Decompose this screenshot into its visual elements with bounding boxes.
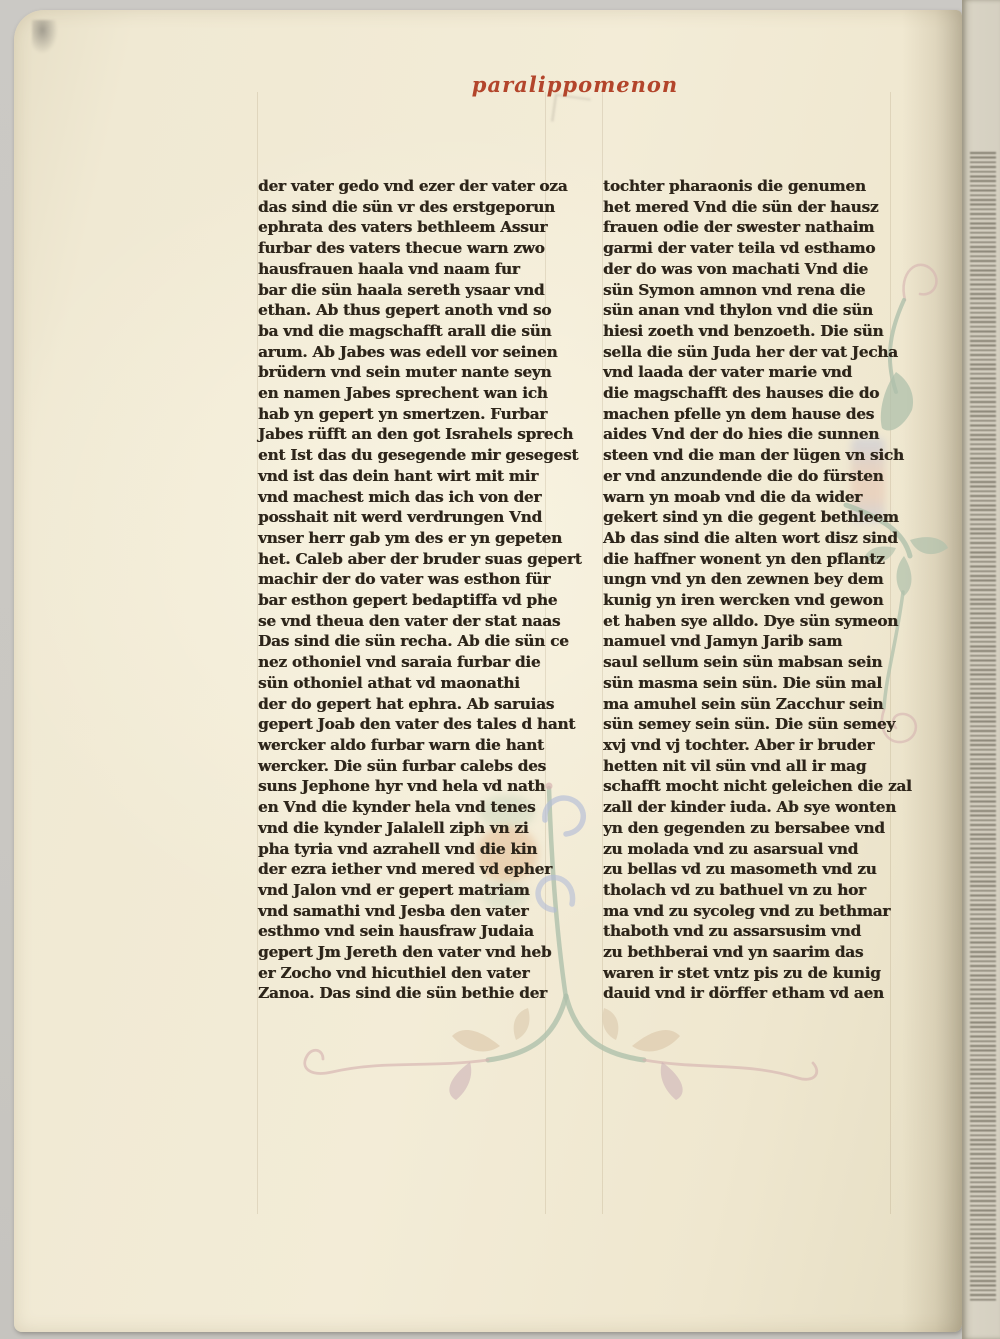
text-line: wercker. Die sün furbar calebs des: [258, 756, 554, 777]
text-line: der do gepert hat ephra. Ab saruias: [258, 694, 554, 715]
text-line: het mered Vnd die sün der hausz: [603, 197, 899, 218]
text-line: ma vnd zu sycoleg vnd zu bethmar: [603, 901, 899, 922]
text-line: frauen odie der swester nathaim: [603, 217, 899, 238]
text-line: furbar des vaters thecue warn zwo: [258, 238, 554, 259]
text-line: sella die sün Juda her der vat Jecha: [603, 342, 899, 363]
text-line: gekert sind yn die gegent bethleem: [603, 507, 899, 528]
text-line: machen pfelle yn dem hause des: [603, 404, 899, 425]
text-line: namuel vnd Jamyn Jarib sam: [603, 631, 899, 652]
text-line: vnd laada der vater marie vnd: [603, 362, 899, 383]
text-line: der vater gedo vnd ezer der vater oza: [258, 176, 554, 197]
text-line: bar esthon gepert bedaptiffa vd phe: [258, 590, 554, 611]
text-line: en Vnd die kynder hela vnd tenes: [258, 797, 554, 818]
text-line: Ab das sind die alten wort disz sind: [603, 528, 899, 549]
text-line: ethan. Ab thus gepert anoth vnd so: [258, 300, 554, 321]
text-line: sün Symon amnon vnd rena die: [603, 280, 899, 301]
text-line: die magschafft des hauses die do: [603, 383, 899, 404]
text-line: gepert Joab den vater des tales d hant: [258, 714, 554, 735]
text-line: wercker aldo furbar warn die hant: [258, 735, 554, 756]
text-line: schafft mocht nicht geleichen die zal: [603, 776, 899, 797]
text-line: kunig yn iren wercken vnd gewon: [603, 590, 899, 611]
text-line: en namen Jabes sprechent wan ich: [258, 383, 554, 404]
text-line: vnd machest mich das ich von der: [258, 487, 554, 508]
text-line: zu bethberai vnd yn saarim das: [603, 942, 899, 963]
text-line: sün othoniel athat vd maonathi: [258, 673, 554, 694]
manuscript-photo: { "document": { "kind": "illuminated man…: [0, 0, 1000, 1339]
text-line: saul sellum sein sün mabsan sein: [603, 652, 899, 673]
text-line: vnd samathi vnd Jesba den vater: [258, 901, 554, 922]
text-line: das sind die sün vr des erstgeporun: [258, 197, 554, 218]
text-line: ent Ist das du gesegende mir gesegest: [258, 445, 554, 466]
text-line: steen vnd die man der lügen vn sich: [603, 445, 899, 466]
text-line: zu molada vnd zu asarsual vnd: [603, 839, 899, 860]
text-column-left: der vater gedo vnd ezer der vater ozadas…: [258, 176, 554, 1004]
text-line: machir der do vater was esthon für: [258, 569, 554, 590]
text-line: er vnd anzundende die do fürsten: [603, 466, 899, 487]
text-line: se vnd theua den vater der stat naas: [258, 611, 554, 632]
text-line: bar die sün haala sereth ysaar vnd: [258, 280, 554, 301]
text-line: der do was von machati Vnd die: [603, 259, 899, 280]
text-line: sün anan vnd thylon vnd die sün: [603, 300, 899, 321]
text-line: pha tyria vnd azrahell vnd die kin: [258, 839, 554, 860]
text-line: ephrata des vaters bethleem Assur: [258, 217, 554, 238]
text-line: gepert Jm Jereth den vater vnd heb: [258, 942, 554, 963]
text-line: dauid vnd ir dörffer etham vd aen: [603, 983, 899, 1004]
text-line: ungn vnd yn den zewnen bey dem: [603, 569, 899, 590]
text-line: tochter pharaonis die genumen: [603, 176, 899, 197]
text-line: nez othoniel vnd saraia furbar die: [258, 652, 554, 673]
text-line: et haben sye alldo. Dye sün symeon: [603, 611, 899, 632]
text-line: hetten nit vil sün vnd all ir mag: [603, 756, 899, 777]
text-line: posshait nit werd verdrungen Vnd: [258, 507, 554, 528]
text-line: warn yn moab vnd die da wider: [603, 487, 899, 508]
text-line: ma amuhel sein sün Zacchur sein: [603, 694, 899, 715]
text-line: zall der kinder iuda. Ab sye wonten: [603, 797, 899, 818]
text-line: hab yn gepert yn smertzen. Furbar: [258, 404, 554, 425]
text-line: hausfrauen haala vnd naam fur: [258, 259, 554, 280]
text-line: garmi der vater teila vd esthamo: [603, 238, 899, 259]
text-line: sün masma sein sün. Die sün mal: [603, 673, 899, 694]
text-line: er Zocho vnd hicuthiel den vater: [258, 963, 554, 984]
text-line: der ezra iether vnd mered vd epher: [258, 859, 554, 880]
text-line: Jabes rüfft an den got Israhels sprech: [258, 424, 554, 445]
text-line: arum. Ab Jabes was edell vor seinen: [258, 342, 554, 363]
text-line: ba vnd die magschafft arall die sün: [258, 321, 554, 342]
text-line: het. Caleb aber der bruder suas gepert: [258, 549, 554, 570]
text-line: tholach vd zu bathuel vn zu hor: [603, 880, 899, 901]
text-line: sün semey sein sün. Die sün semey: [603, 714, 899, 735]
text-line: vnd die kynder Jalalell ziph vn zi: [258, 818, 554, 839]
text-line: Das sind die sün recha. Ab die sün ce: [258, 631, 554, 652]
rubric-header: paralippomenon: [425, 72, 725, 100]
adjacent-page-edge: [962, 0, 1000, 1339]
text-line: brüdern vnd sein muter nante seyn: [258, 362, 554, 383]
corner-smudge: [32, 20, 58, 54]
adjacent-page-text-lines: [970, 152, 996, 1302]
text-line: die haffner wonent yn den pflantz: [603, 549, 899, 570]
text-line: zu bellas vd zu masometh vnd zu: [603, 859, 899, 880]
text-line: xvj vnd vj tochter. Aber ir bruder: [603, 735, 899, 756]
text-line: esthmo vnd sein hausfraw Judaia: [258, 921, 554, 942]
text-line: thaboth vnd zu assarsusim vnd: [603, 921, 899, 942]
text-column-right: tochter pharaonis die genumenhet mered V…: [603, 176, 899, 1004]
text-line: Zanoa. Das sind die sün bethie der: [258, 983, 554, 1004]
text-line: waren ir stet vntz pis zu de kunig: [603, 963, 899, 984]
gutter-shadow: [902, 10, 962, 1332]
text-line: vnser herr gab ym des er yn gepeten: [258, 528, 554, 549]
text-line: vnd Jalon vnd er gepert matriam: [258, 880, 554, 901]
text-line: vnd ist das dein hant wirt mit mir: [258, 466, 554, 487]
text-line: suns Jephone hyr vnd hela vd nath: [258, 776, 554, 797]
text-line: aides Vnd der do hies die sunnen: [603, 424, 899, 445]
text-line: yn den gegenden zu bersabee vnd: [603, 818, 899, 839]
text-line: hiesi zoeth vnd benzoeth. Die sün: [603, 321, 899, 342]
